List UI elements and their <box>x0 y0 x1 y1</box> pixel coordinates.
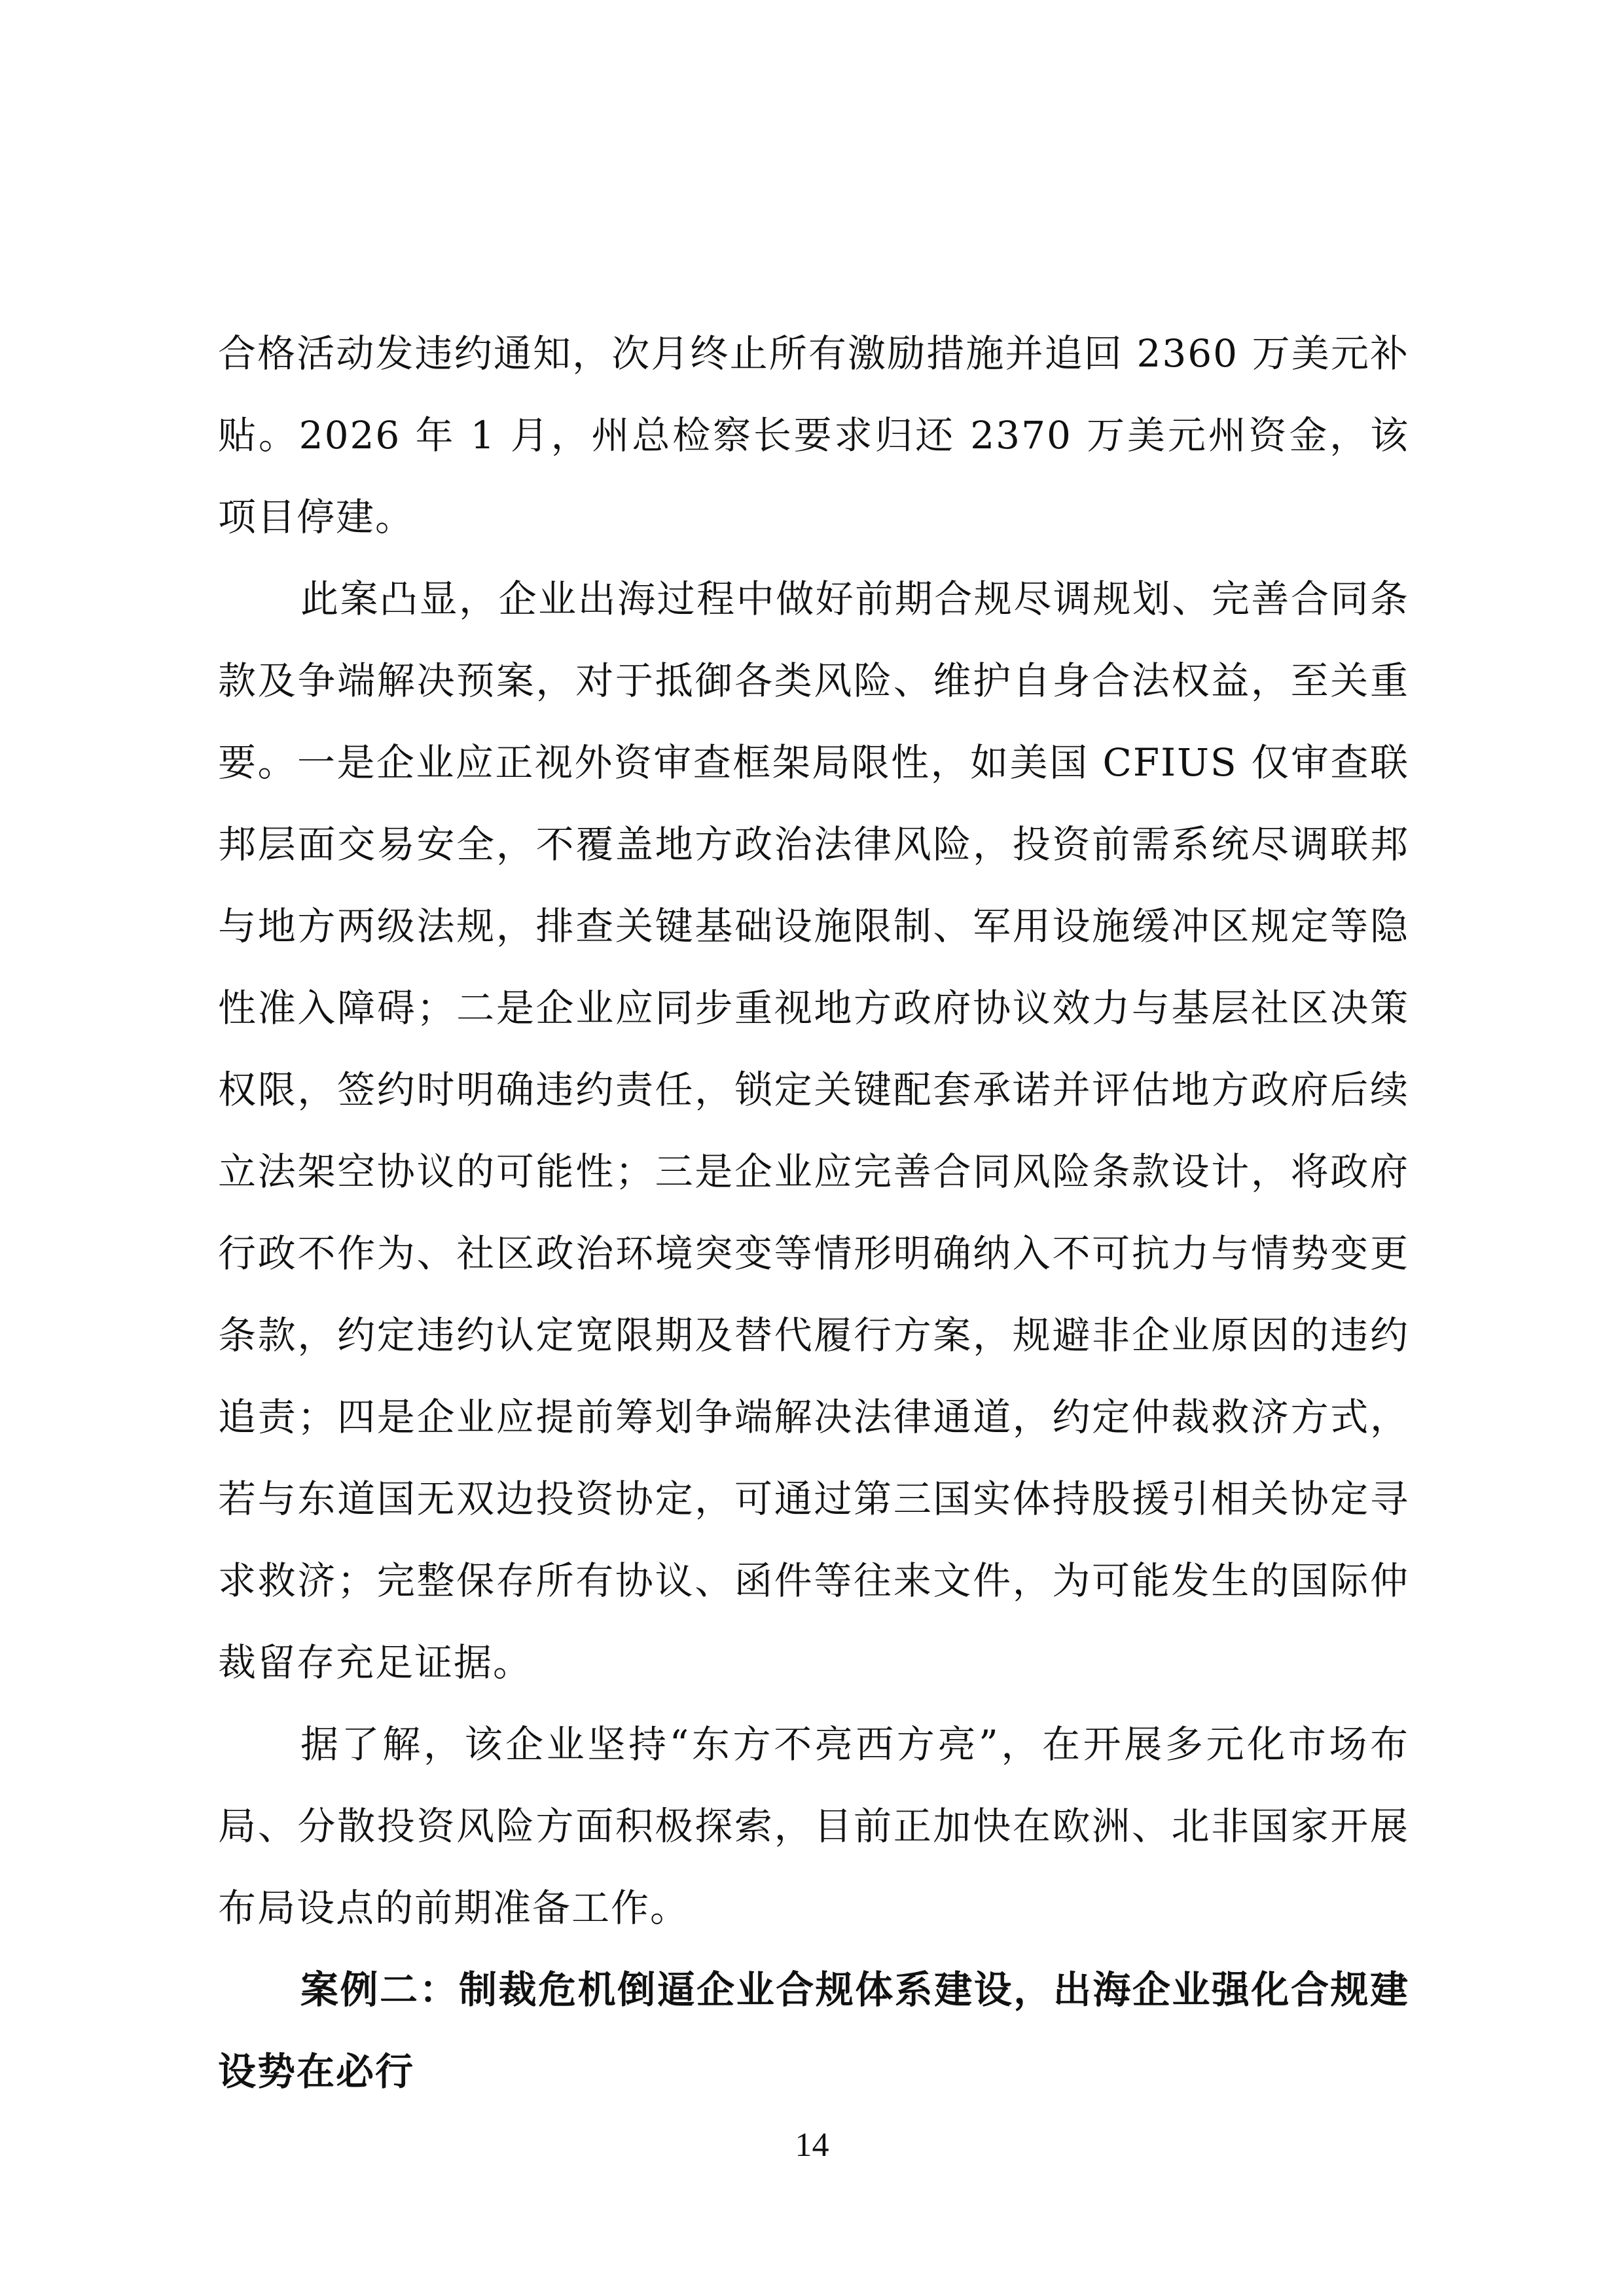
page-number: 14 <box>0 2126 1624 2164</box>
document-body: 合格活动发违约通知，次月终止所有激励措施并追回 2360 万美元补贴。2026 … <box>218 313 1409 2113</box>
paragraph-case-analysis: 此案凸显，企业出海过程中做好前期合规尽调规划、完善合同条款及争端解决预案，对于抵… <box>218 558 1409 1704</box>
paragraph-enterprise-strategy: 据了解，该企业坚持“东方不亮西方亮”，在开展多元化市场布局、分散投资风险方面积极… <box>218 1704 1409 1949</box>
section-heading-case-two: 案例二：制裁危机倒逼企业合规体系建设，出海企业强化合规建设势在必行 <box>218 1949 1409 2113</box>
paragraph-continuation: 合格活动发违约通知，次月终止所有激励措施并追回 2360 万美元补贴。2026 … <box>218 313 1409 558</box>
